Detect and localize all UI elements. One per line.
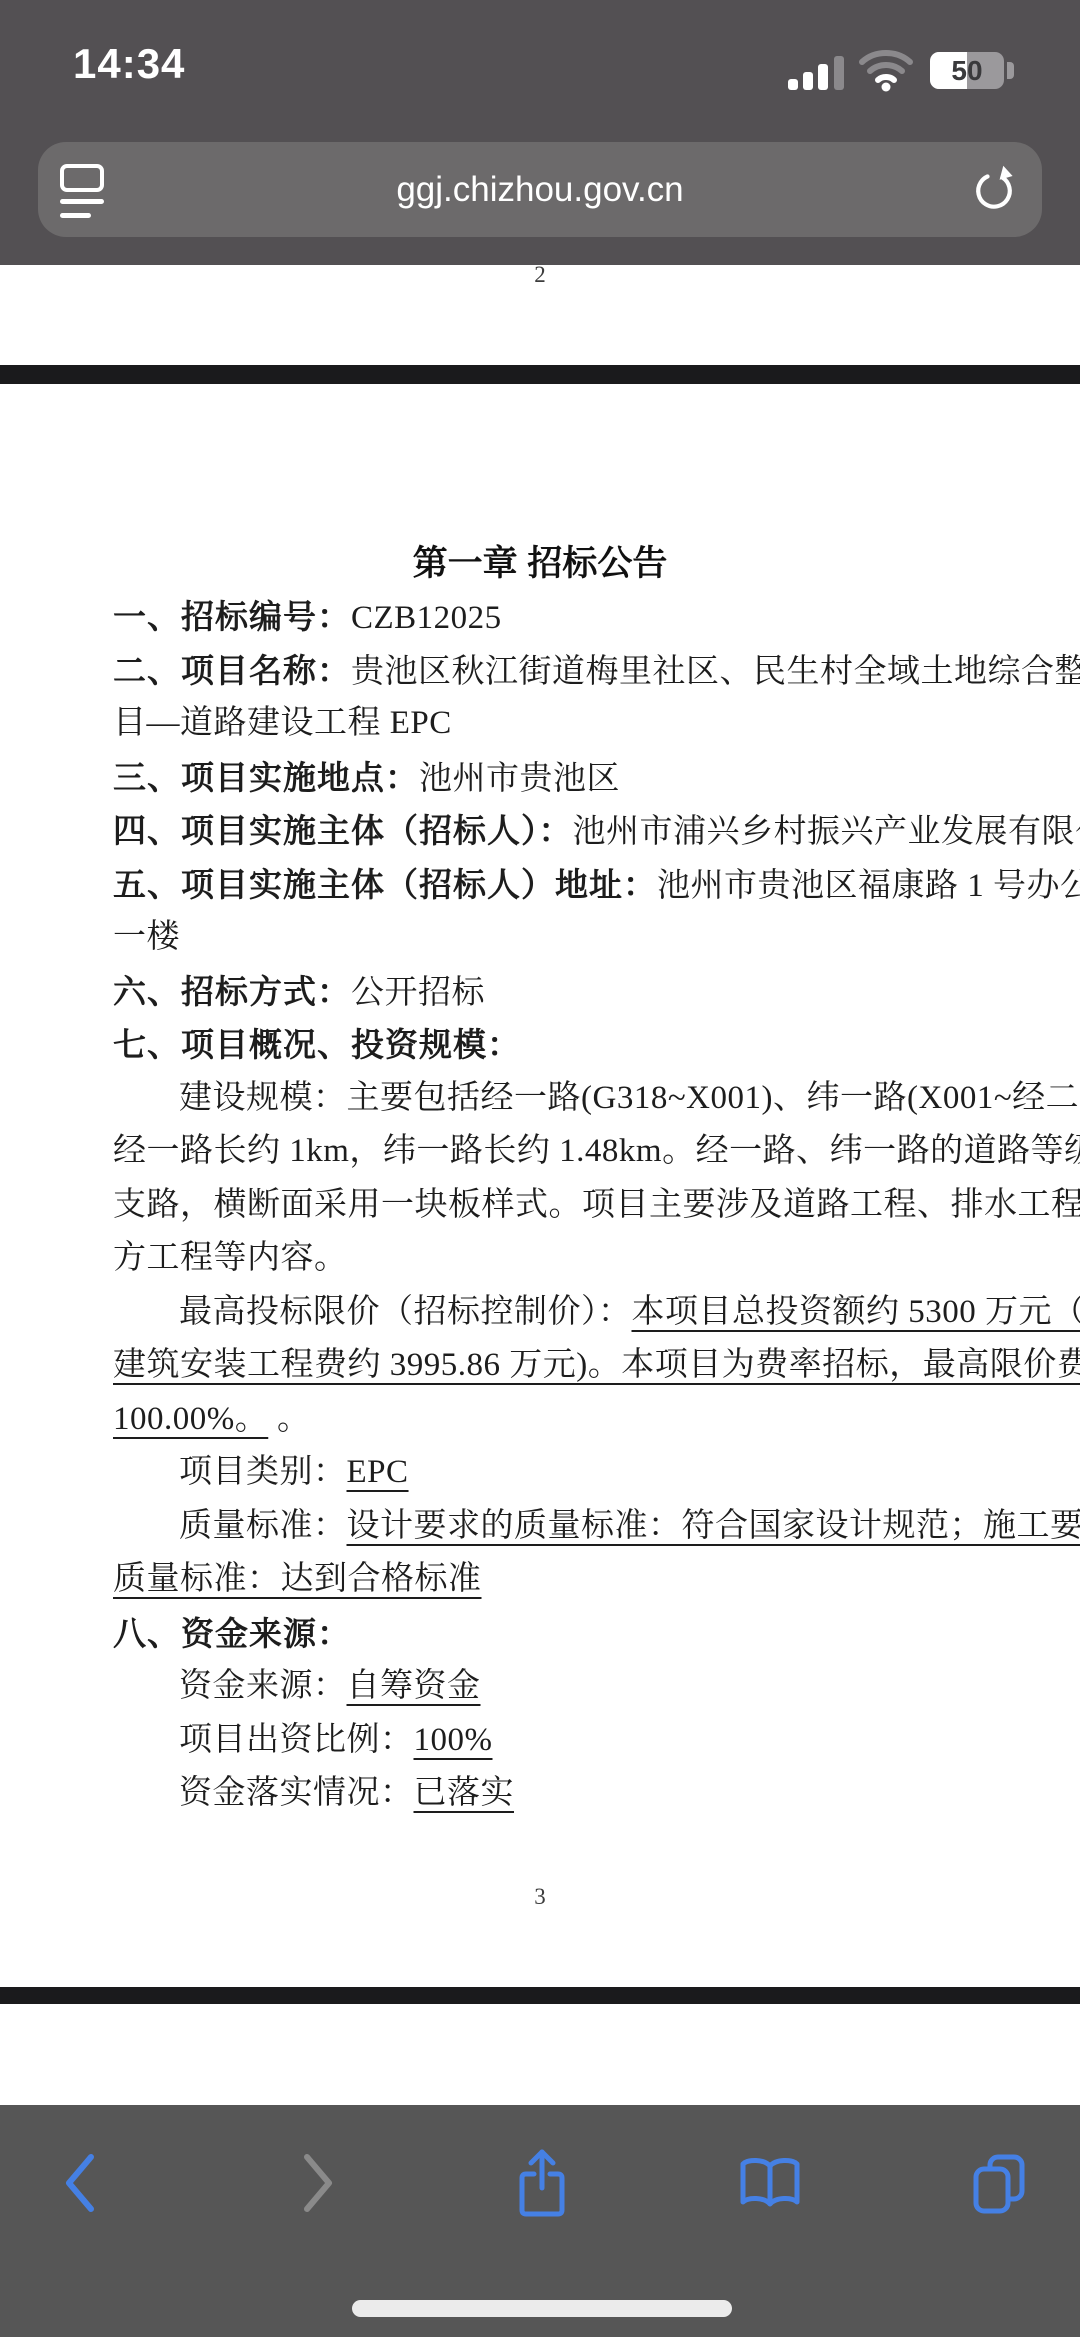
document-line: 二、项目名称：贵池区秋江街道梅里社区、民生村全域土地综合整治项	[113, 644, 973, 698]
document-line: 质量标准：达到合格标准	[113, 1553, 973, 1607]
document-line: 三、项目实施地点：池州市贵池区	[113, 751, 973, 805]
document-line: 建筑安装工程费约 3995.86 万元)。本项目为费率招标，最高限价费率为	[113, 1339, 973, 1393]
url-text[interactable]: ggj.chizhou.gov.cn	[38, 142, 1042, 237]
document-line: 项目出资比例：100%	[113, 1714, 973, 1768]
document-line: 最高投标限价（招标控制价）：本项目总投资额约 5300 万元（其中	[113, 1286, 973, 1340]
tabs-icon[interactable]	[963, 2143, 1033, 2223]
share-icon[interactable]	[507, 2143, 577, 2223]
back-button[interactable]	[46, 2143, 116, 2223]
document-line: 四、项目实施主体（招标人）：池州市浦兴乡村振兴产业发展有限公司	[113, 804, 973, 858]
document-line: 一楼	[113, 911, 973, 965]
document-line: 一、招标编号：CZB12025	[113, 590, 973, 644]
page-2-footer: 2	[0, 262, 1080, 288]
document-line: 五、项目实施主体（招标人）地址：池州市贵池区福康路 1 号办公南楼	[113, 858, 973, 912]
document-line: 经一路长约 1km，纬一路长约 1.48km。经一路、纬一路的道路等级均为	[113, 1125, 973, 1179]
document-line: 方工程等内容。	[113, 1232, 973, 1286]
reader-options-icon[interactable]	[60, 164, 120, 224]
page-3-footer: 3	[0, 1884, 1080, 1910]
wifi-icon	[858, 48, 914, 92]
document-lines: 一、招标编号：CZB12025二、项目名称：贵池区秋江街道梅里社区、民生村全域土…	[113, 590, 973, 1821]
cellular-signal-icon	[788, 52, 848, 90]
document-line: 支路，横断面采用一块板样式。项目主要涉及道路工程、排水工程及土	[113, 1179, 973, 1233]
document-line: 项目类别：EPC	[113, 1446, 973, 1500]
battery-nub	[1007, 62, 1014, 79]
bookmarks-icon[interactable]	[735, 2143, 805, 2223]
battery-percent: 50	[930, 52, 1004, 89]
document-title: 第一章 招标公告	[0, 536, 1080, 586]
page-separator	[0, 1987, 1080, 2004]
page-separator	[0, 365, 1080, 384]
battery-icon: 50	[930, 52, 1004, 89]
status-time: 14:34	[73, 40, 185, 88]
document-line: 100.00%。 。	[113, 1393, 973, 1447]
reload-icon[interactable]	[968, 163, 1020, 215]
document-line: 资金来源：自筹资金	[113, 1660, 973, 1714]
safari-mobile-screen: 14:34 50 ggj.chizhou.gov.cn 2	[0, 0, 1080, 2337]
home-indicator[interactable]	[352, 2300, 732, 2317]
document-line: 六、招标方式：公开招标	[113, 965, 973, 1019]
document-line: 资金落实情况：已落实	[113, 1767, 973, 1821]
document-line: 八、资金来源：	[113, 1607, 973, 1661]
browser-bottom-toolbar	[0, 2105, 1080, 2337]
document-line: 目—道路建设工程 EPC	[113, 697, 973, 751]
document-line: 建设规模：主要包括经一路(G318~X001)、纬一路(X001~经二路)；	[113, 1072, 973, 1126]
forward-button[interactable]	[282, 2143, 352, 2223]
document-line: 质量标准：设计要求的质量标准：符合国家设计规范；施工要求的	[113, 1500, 973, 1554]
document-line: 七、项目概况、投资规模：	[113, 1018, 973, 1072]
address-bar[interactable]: ggj.chizhou.gov.cn	[38, 142, 1042, 237]
browser-top-chrome: 14:34 50 ggj.chizhou.gov.cn	[0, 0, 1080, 265]
